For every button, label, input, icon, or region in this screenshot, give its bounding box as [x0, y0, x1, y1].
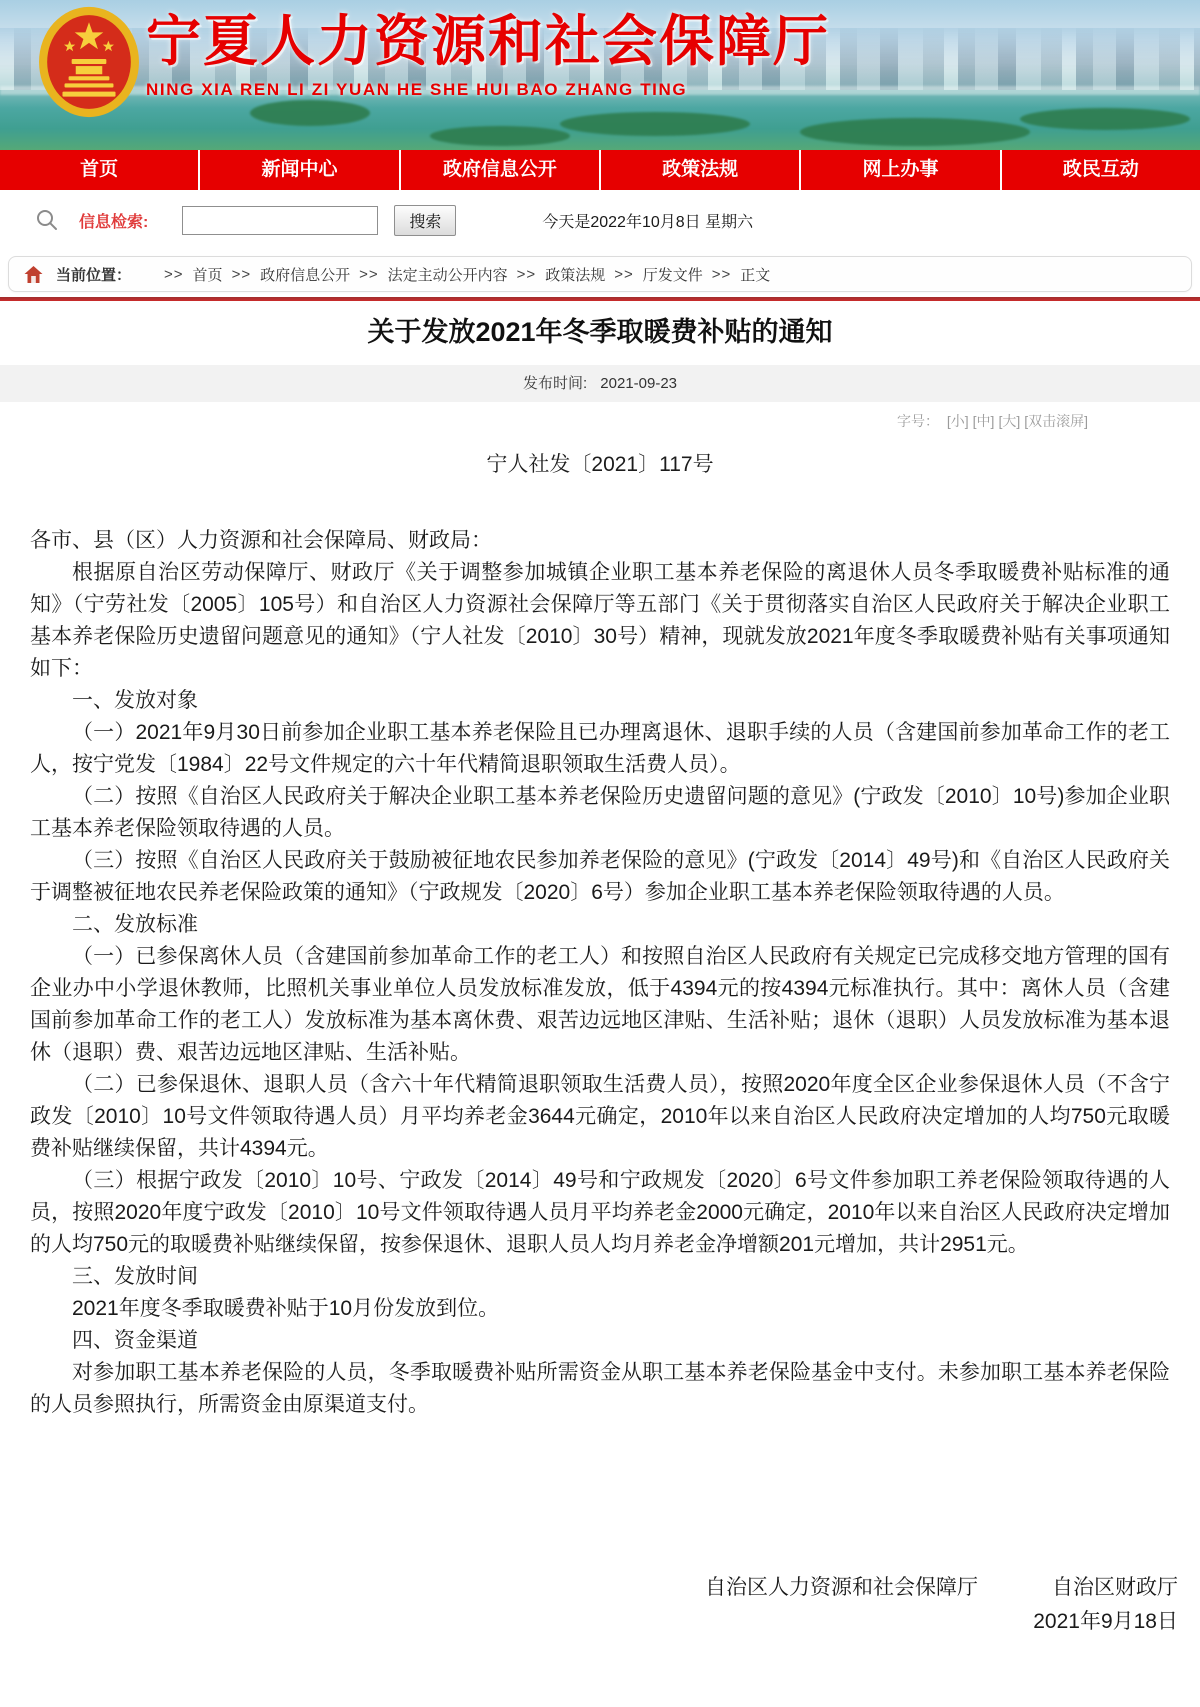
banner-island: [250, 100, 370, 126]
body-paragraph: （二）已参保退休、退职人员（含六十年代精简退职领取生活费人员），按照2020年度…: [30, 1069, 1170, 1165]
signature-orgs: 自治区人力资源和社会保障厅 自治区财政厅: [0, 1571, 1178, 1605]
document-body: 各市、县（区）人力资源和社会保障局、财政局： 根据原自治区劳动保障厅、财政厅《关…: [30, 525, 1170, 1421]
document-number: 宁人社发〔2021〕117号: [0, 450, 1200, 480]
body-paragraphs: 根据原自治区劳动保障厅、财政厅《关于调整参加城镇企业职工基本养老保险的离退休人员…: [30, 557, 1170, 1421]
breadcrumb-item[interactable]: 政策法规: [545, 264, 605, 285]
main-nav: 首页新闻中心政府信息公开政策法规网上办事政民互动: [0, 150, 1200, 190]
breadcrumb-item[interactable]: 厅发文件: [643, 264, 703, 285]
breadcrumb-separator: >>: [164, 266, 184, 283]
font-size-option[interactable]: [中]: [973, 413, 995, 429]
current-date-text: 今天是2022年10月8日 星期六: [542, 209, 753, 232]
red-divider-line: [0, 297, 1200, 301]
nav-item[interactable]: 政策法规: [599, 150, 799, 190]
article: 关于发放2021年冬季取暖费补贴的通知 发布时间: 2021-09-23 字号：…: [0, 314, 1200, 1661]
breadcrumb-item[interactable]: 首页: [193, 264, 223, 285]
body-paragraph: 对参加职工基本养老保险的人员，冬季取暖费补贴所需资金从职工基本养老保险基金中支付…: [30, 1357, 1170, 1421]
body-paragraph: 三、发放时间: [30, 1261, 1170, 1293]
banner-titles: 宁夏人力资源和社会保障厅 NING XIA REN LI ZI YUAN HE …: [146, 8, 830, 100]
signature-org-2: 自治区财政厅: [1052, 1571, 1178, 1605]
banner-island: [1020, 108, 1190, 130]
home-icon: [23, 264, 44, 285]
search-label: 信息检索:: [79, 209, 148, 232]
body-paragraph: 根据原自治区劳动保障厅、财政厅《关于调整参加城镇企业职工基本养老保险的离退休人员…: [30, 557, 1170, 685]
signature-block: 自治区人力资源和社会保障厅 自治区财政厅 2021年9月18日: [0, 1571, 1178, 1639]
body-paragraph: （三）按照《自治区人民政府关于鼓励被征地农民参加养老保险的意见》(宁政发〔201…: [30, 845, 1170, 909]
breadcrumb-separator: >>: [517, 266, 537, 283]
nav-item[interactable]: 政府信息公开: [399, 150, 599, 190]
site-pinyin: NING XIA REN LI ZI YUAN HE SHE HUI BAO Z…: [146, 80, 830, 100]
body-paragraph: （一）2021年9月30日前参加企业职工基本养老保险且已办理离退休、退职手续的人…: [30, 717, 1170, 781]
national-emblem-icon: [38, 5, 140, 119]
publish-time-label: 发布时间:: [523, 375, 587, 392]
breadcrumb-separator: >>: [359, 266, 379, 283]
site-banner: 宁夏人力资源和社会保障厅 NING XIA REN LI ZI YUAN HE …: [0, 0, 1200, 150]
font-size-controls: 字号： [小][中][大][双击滚屏]: [0, 411, 1200, 431]
body-paragraph: 一、发放对象: [30, 685, 1170, 717]
banner-island: [800, 118, 1030, 146]
search-icon: [35, 208, 59, 232]
signature-org-1: 自治区人力资源和社会保障厅: [705, 1571, 978, 1605]
search-button[interactable]: 搜索: [394, 205, 456, 236]
nav-item[interactable]: 网上办事: [799, 150, 999, 190]
body-paragraph: （一）已参保离休人员（含建国前参加革命工作的老工人）和按照自治区人民政府有关规定…: [30, 941, 1170, 1069]
nav-item[interactable]: 政民互动: [1000, 150, 1200, 190]
banner-island: [560, 112, 750, 136]
breadcrumb-separator: >>: [712, 266, 732, 283]
font-size-options: [小][中][大][双击滚屏]: [943, 413, 1088, 429]
font-size-option[interactable]: [双击滚屏]: [1024, 413, 1088, 429]
body-paragraph: 四、资金渠道: [30, 1325, 1170, 1357]
breadcrumb-item[interactable]: 政府信息公开: [260, 264, 350, 285]
body-paragraph: （二）按照《自治区人民政府关于解决企业职工基本养老保险历史遗留问题的意见》(宁政…: [30, 781, 1170, 845]
page-title: 关于发放2021年冬季取暖费补贴的通知: [0, 314, 1200, 350]
nav-item[interactable]: 首页: [0, 150, 198, 190]
publish-time-value: 2021-09-23: [600, 375, 677, 392]
nav-item[interactable]: 新闻中心: [198, 150, 398, 190]
breadcrumb-label: 当前位置：: [56, 264, 131, 285]
site-title: 宁夏人力资源和社会保障厅: [146, 8, 830, 74]
breadcrumb: 当前位置： >> 首页 >> 政府信息公开 >> 法定主动公开内容 >> 政策法…: [8, 256, 1192, 292]
search-input[interactable]: [182, 206, 378, 235]
breadcrumb-separator: >>: [232, 266, 252, 283]
breadcrumb-items: >> 首页 >> 政府信息公开 >> 法定主动公开内容 >> 政策法规 >> 厅…: [155, 264, 770, 285]
search-bar: 信息检索: 搜索 今天是2022年10月8日 星期六: [0, 190, 1200, 250]
banner-island: [430, 126, 570, 146]
font-size-option[interactable]: [小]: [947, 413, 969, 429]
body-paragraph: 二、发放标准: [30, 909, 1170, 941]
salutation-paragraph: 各市、县（区）人力资源和社会保障局、财政局：: [30, 525, 1170, 557]
font-size-label: 字号：: [897, 413, 939, 429]
font-size-option[interactable]: [大]: [998, 413, 1020, 429]
publish-time-band: 发布时间: 2021-09-23: [0, 365, 1200, 402]
breadcrumb-item[interactable]: 法定主动公开内容: [388, 264, 508, 285]
page: 宁夏人力资源和社会保障厅 NING XIA REN LI ZI YUAN HE …: [0, 0, 1200, 1707]
breadcrumb-item[interactable]: 正文: [740, 264, 770, 285]
body-paragraph: 2021年度冬季取暖费补贴于10月份发放到位。: [30, 1293, 1170, 1325]
body-paragraph: （三）根据宁政发〔2010〕10号、宁政发〔2014〕49号和宁政规发〔2020…: [30, 1165, 1170, 1261]
signature-date: 2021年9月18日: [0, 1605, 1178, 1639]
breadcrumb-separator: >>: [614, 266, 634, 283]
